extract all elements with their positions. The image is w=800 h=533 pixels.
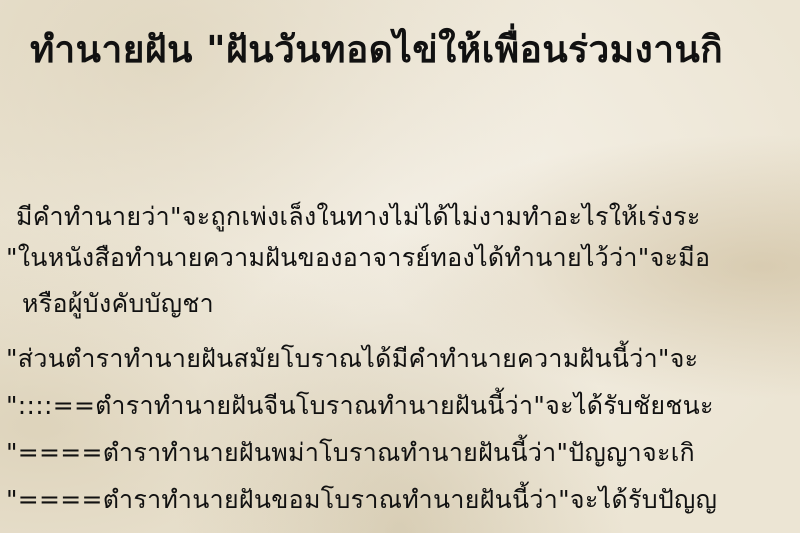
prediction-line-2: "ในหนังสือทำนายความฝันของอาจารย์ทองได้ทำ… (6, 238, 710, 278)
prediction-line-1: มีคำทำนายว่า"จะถูกเพ่งเล็งในทางไม่ได้ไม่… (16, 197, 701, 237)
page-title: ทำนายฝัน "ฝันวันทอดไข่ให้เพื่อนร่วมงานกิ (30, 20, 723, 79)
prediction-line-5: "::::==ตำราทำนายฝันจีนโบราณทำนายฝันนี้ว่… (6, 386, 714, 426)
prediction-line-3: หรือผู้บังคับบัญชา (22, 284, 214, 324)
prediction-line-7: "====ตำราทำนายฝันขอมโบราณทำนายฝันนี้ว่า"… (6, 480, 717, 520)
prediction-line-4: "ส่วนตำราทำนายฝันสมัยโบราณได้มีคำทำนายคว… (6, 339, 698, 379)
prediction-line-6: "====ตำราทำนายฝันพม่าโบราณทำนายฝันนี้ว่า… (6, 433, 695, 473)
